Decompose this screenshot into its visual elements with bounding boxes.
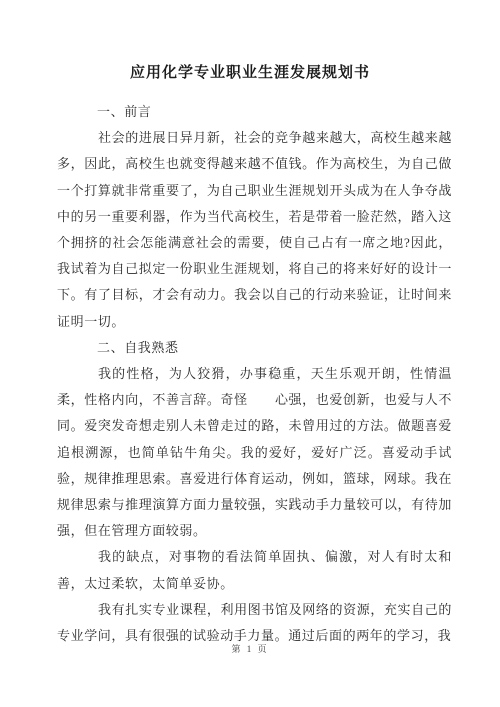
page-title: 应用化学专业职业生涯发展规划书 xyxy=(0,0,500,83)
paragraph: 我的缺点，对事物的看法简单固执、偏激，对人有时太和善，太过柔软，太简单妥协。 xyxy=(57,544,452,596)
page-number-footer: 第 1 页 xyxy=(0,643,500,655)
document-page: 应用化学专业职业生涯发展规划书 一、前言 社会的进展日异月新，社会的竞争越来越大… xyxy=(0,0,500,707)
document-body: 一、前言 社会的进展日异月新，社会的竞争越来越大，高校生越来越多，因此，高校生也… xyxy=(57,99,452,649)
section-heading-preface: 一、前言 xyxy=(97,99,452,125)
section-heading-self-knowledge: 二、自我熟悉 xyxy=(97,335,452,361)
paragraph: 我有扎实专业课程，利用图书馆及网络的资源，充实自己的专业学问，具有很强的试验动手… xyxy=(57,597,452,649)
paragraph: 我的性格，为人狡猾，办事稳重，天生乐观开朗，性情温柔，性格内向，不善言辞。奇怪 … xyxy=(57,361,452,544)
paragraph: 社会的进展日异月新，社会的竞争越来越大，高校生越来越多，因此，高校生也就变得越来… xyxy=(57,125,452,335)
